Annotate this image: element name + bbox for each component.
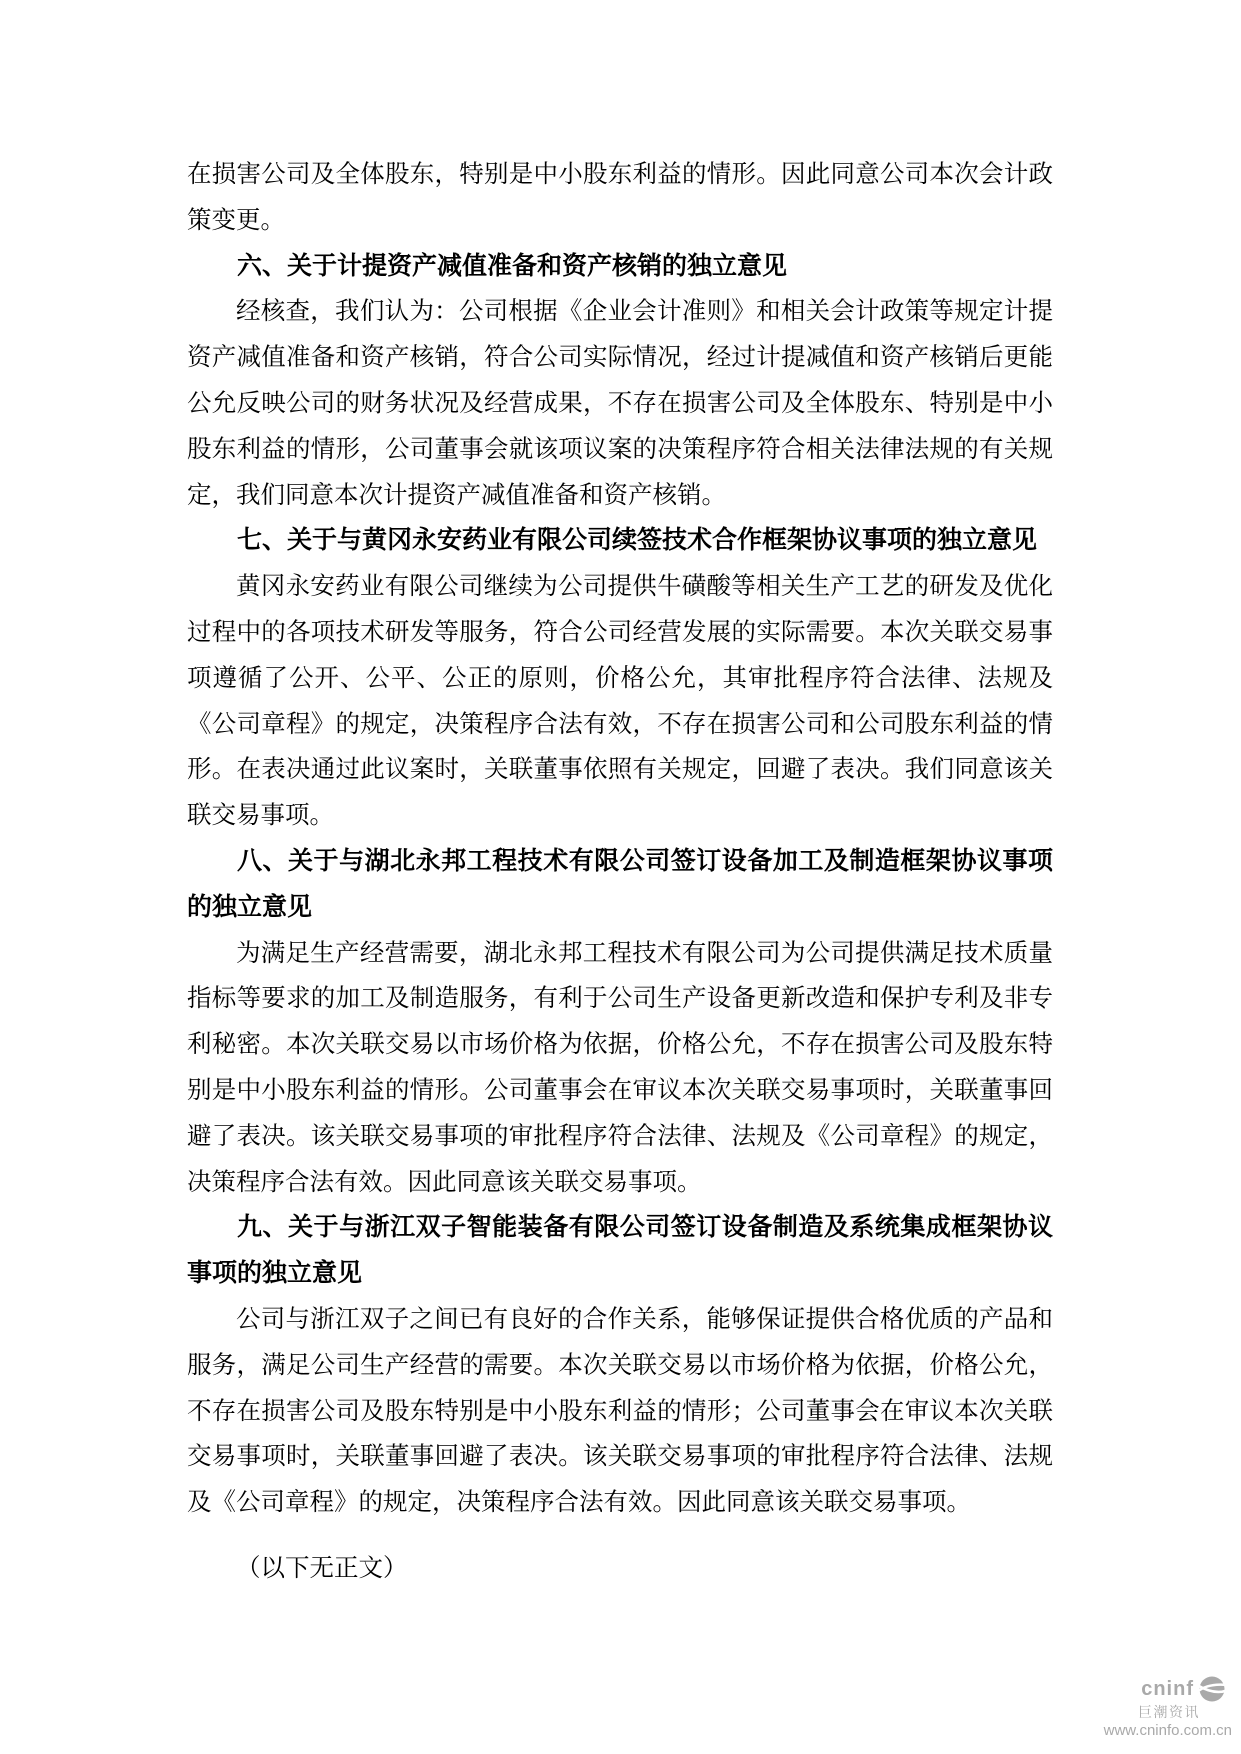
section-heading: 九、关于与浙江双子智能装备有限公司签订设备制造及系统集成框架协议事项的独立意见 [187, 1205, 1053, 1297]
cninfo-url: www.cninfo.com.cn [1104, 1723, 1232, 1738]
cninfo-brand-row: cninf [1141, 1676, 1228, 1702]
paragraph: 在损害公司及全体股东，特别是中小股东利益的情形。因此同意公司本次会计政策变更。 [187, 152, 1053, 244]
paragraph: 经核查，我们认为：公司根据《企业会计准则》和相关会计政策等规定计提资产减值准备和… [187, 289, 1053, 518]
cninfo-brand-cn: 巨潮资讯 [1138, 1705, 1200, 1719]
paragraph: 黄冈永安药业有限公司继续为公司提供牛磺酸等相关生产工艺的研发及优化过程中的各项技… [187, 564, 1053, 839]
document-body: 在损害公司及全体股东，特别是中小股东利益的情形。因此同意公司本次会计政策变更。六… [187, 152, 1053, 1592]
document-page: 在损害公司及全体股东，特别是中小股东利益的情形。因此同意公司本次会计政策变更。六… [0, 0, 1241, 1754]
cninfo-brand-text: cninf [1141, 1679, 1194, 1699]
paragraph: 公司与浙江双子之间已有良好的合作关系，能够保证提供合格优质的产品和服务，满足公司… [187, 1297, 1053, 1526]
section-heading: 八、关于与湖北永邦工程技术有限公司签订设备加工及制造框架协议事项的独立意见 [187, 839, 1053, 931]
closing-note: （以下无正文） [187, 1546, 1053, 1592]
section-heading: 六、关于计提资产减值准备和资产核销的独立意见 [187, 244, 1053, 290]
cninfo-logo-icon [1196, 1676, 1228, 1702]
cninfo-watermark: cninf 巨潮资讯 www.cninfo.com.cn [1104, 1676, 1232, 1738]
paragraph: 为满足生产经营需要，湖北永邦工程技术有限公司为公司提供满足技术质量指标等要求的加… [187, 931, 1053, 1206]
section-heading: 七、关于与黄冈永安药业有限公司续签技术合作框架协议事项的独立意见 [187, 518, 1053, 564]
